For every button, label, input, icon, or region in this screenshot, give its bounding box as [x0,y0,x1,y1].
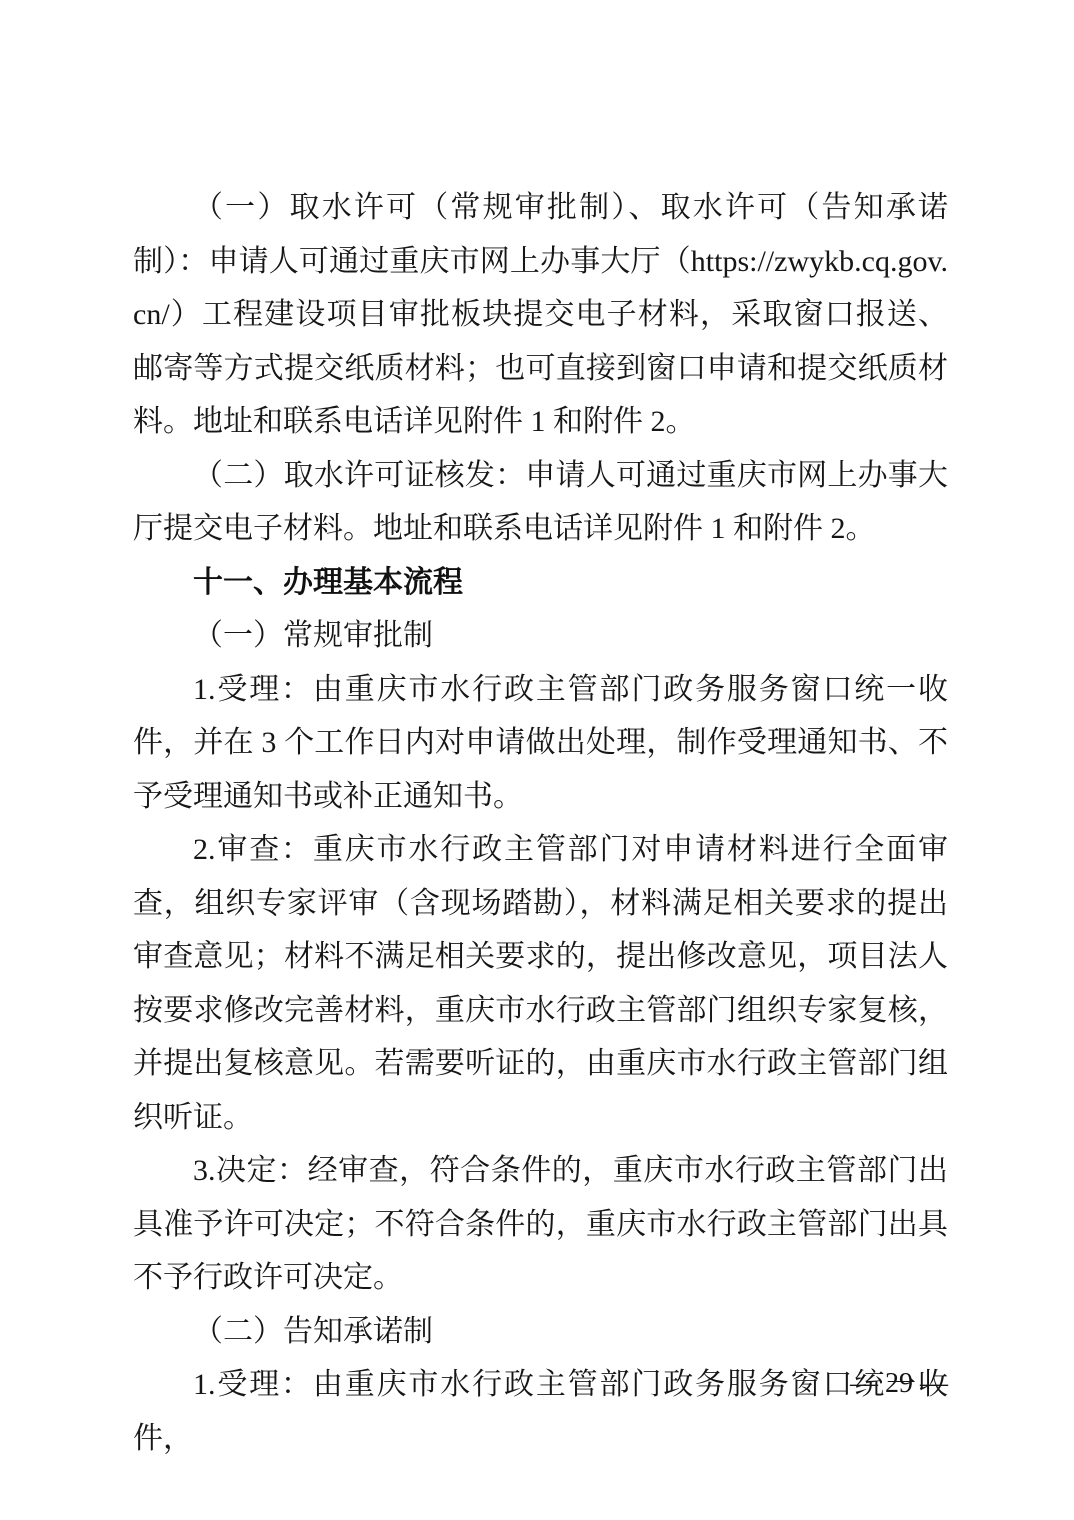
section-heading-basic-process: 十一、办理基本流程 [133,556,948,610]
paragraph-regular-step2-review: 2.审查：重庆市水行政主管部门对申请材料进行全面审查，组织专家评审（含现场踏勘）… [133,823,948,1144]
paragraph-intake-channels: （一）取水许可（常规审批制）、取水许可（告知承诺制）：申请人可通过重庆市网上办事… [133,181,948,449]
paragraph-regular-approval-subheading: （一）常规审批制 [133,609,948,663]
paragraph-commitment-step1-acceptance: 1.受理：由重庆市水行政主管部门政务服务窗口统一收件， [133,1358,948,1465]
document-body: （一）取水许可（常规审批制）、取水许可（告知承诺制）：申请人可通过重庆市网上办事… [133,181,948,1465]
page-number: — 29 — [850,1368,948,1400]
paragraph-regular-step3-decision: 3.决定：经审查，符合条件的，重庆市水行政主管部门出具准予许可决定；不符合条件的… [133,1144,948,1305]
paragraph-certificate-issuance: （二）取水许可证核发：申请人可通过重庆市网上办事大厅提交电子材料。地址和联系电话… [133,449,948,556]
paragraph-commitment-subheading: （二）告知承诺制 [133,1305,948,1359]
paragraph-regular-step1-acceptance: 1.受理：由重庆市水行政主管部门政务服务窗口统一收件，并在 3 个工作日内对申请… [133,663,948,824]
document-page: （一）取水许可（常规审批制）、取水许可（告知承诺制）：申请人可通过重庆市网上办事… [0,0,1074,1520]
